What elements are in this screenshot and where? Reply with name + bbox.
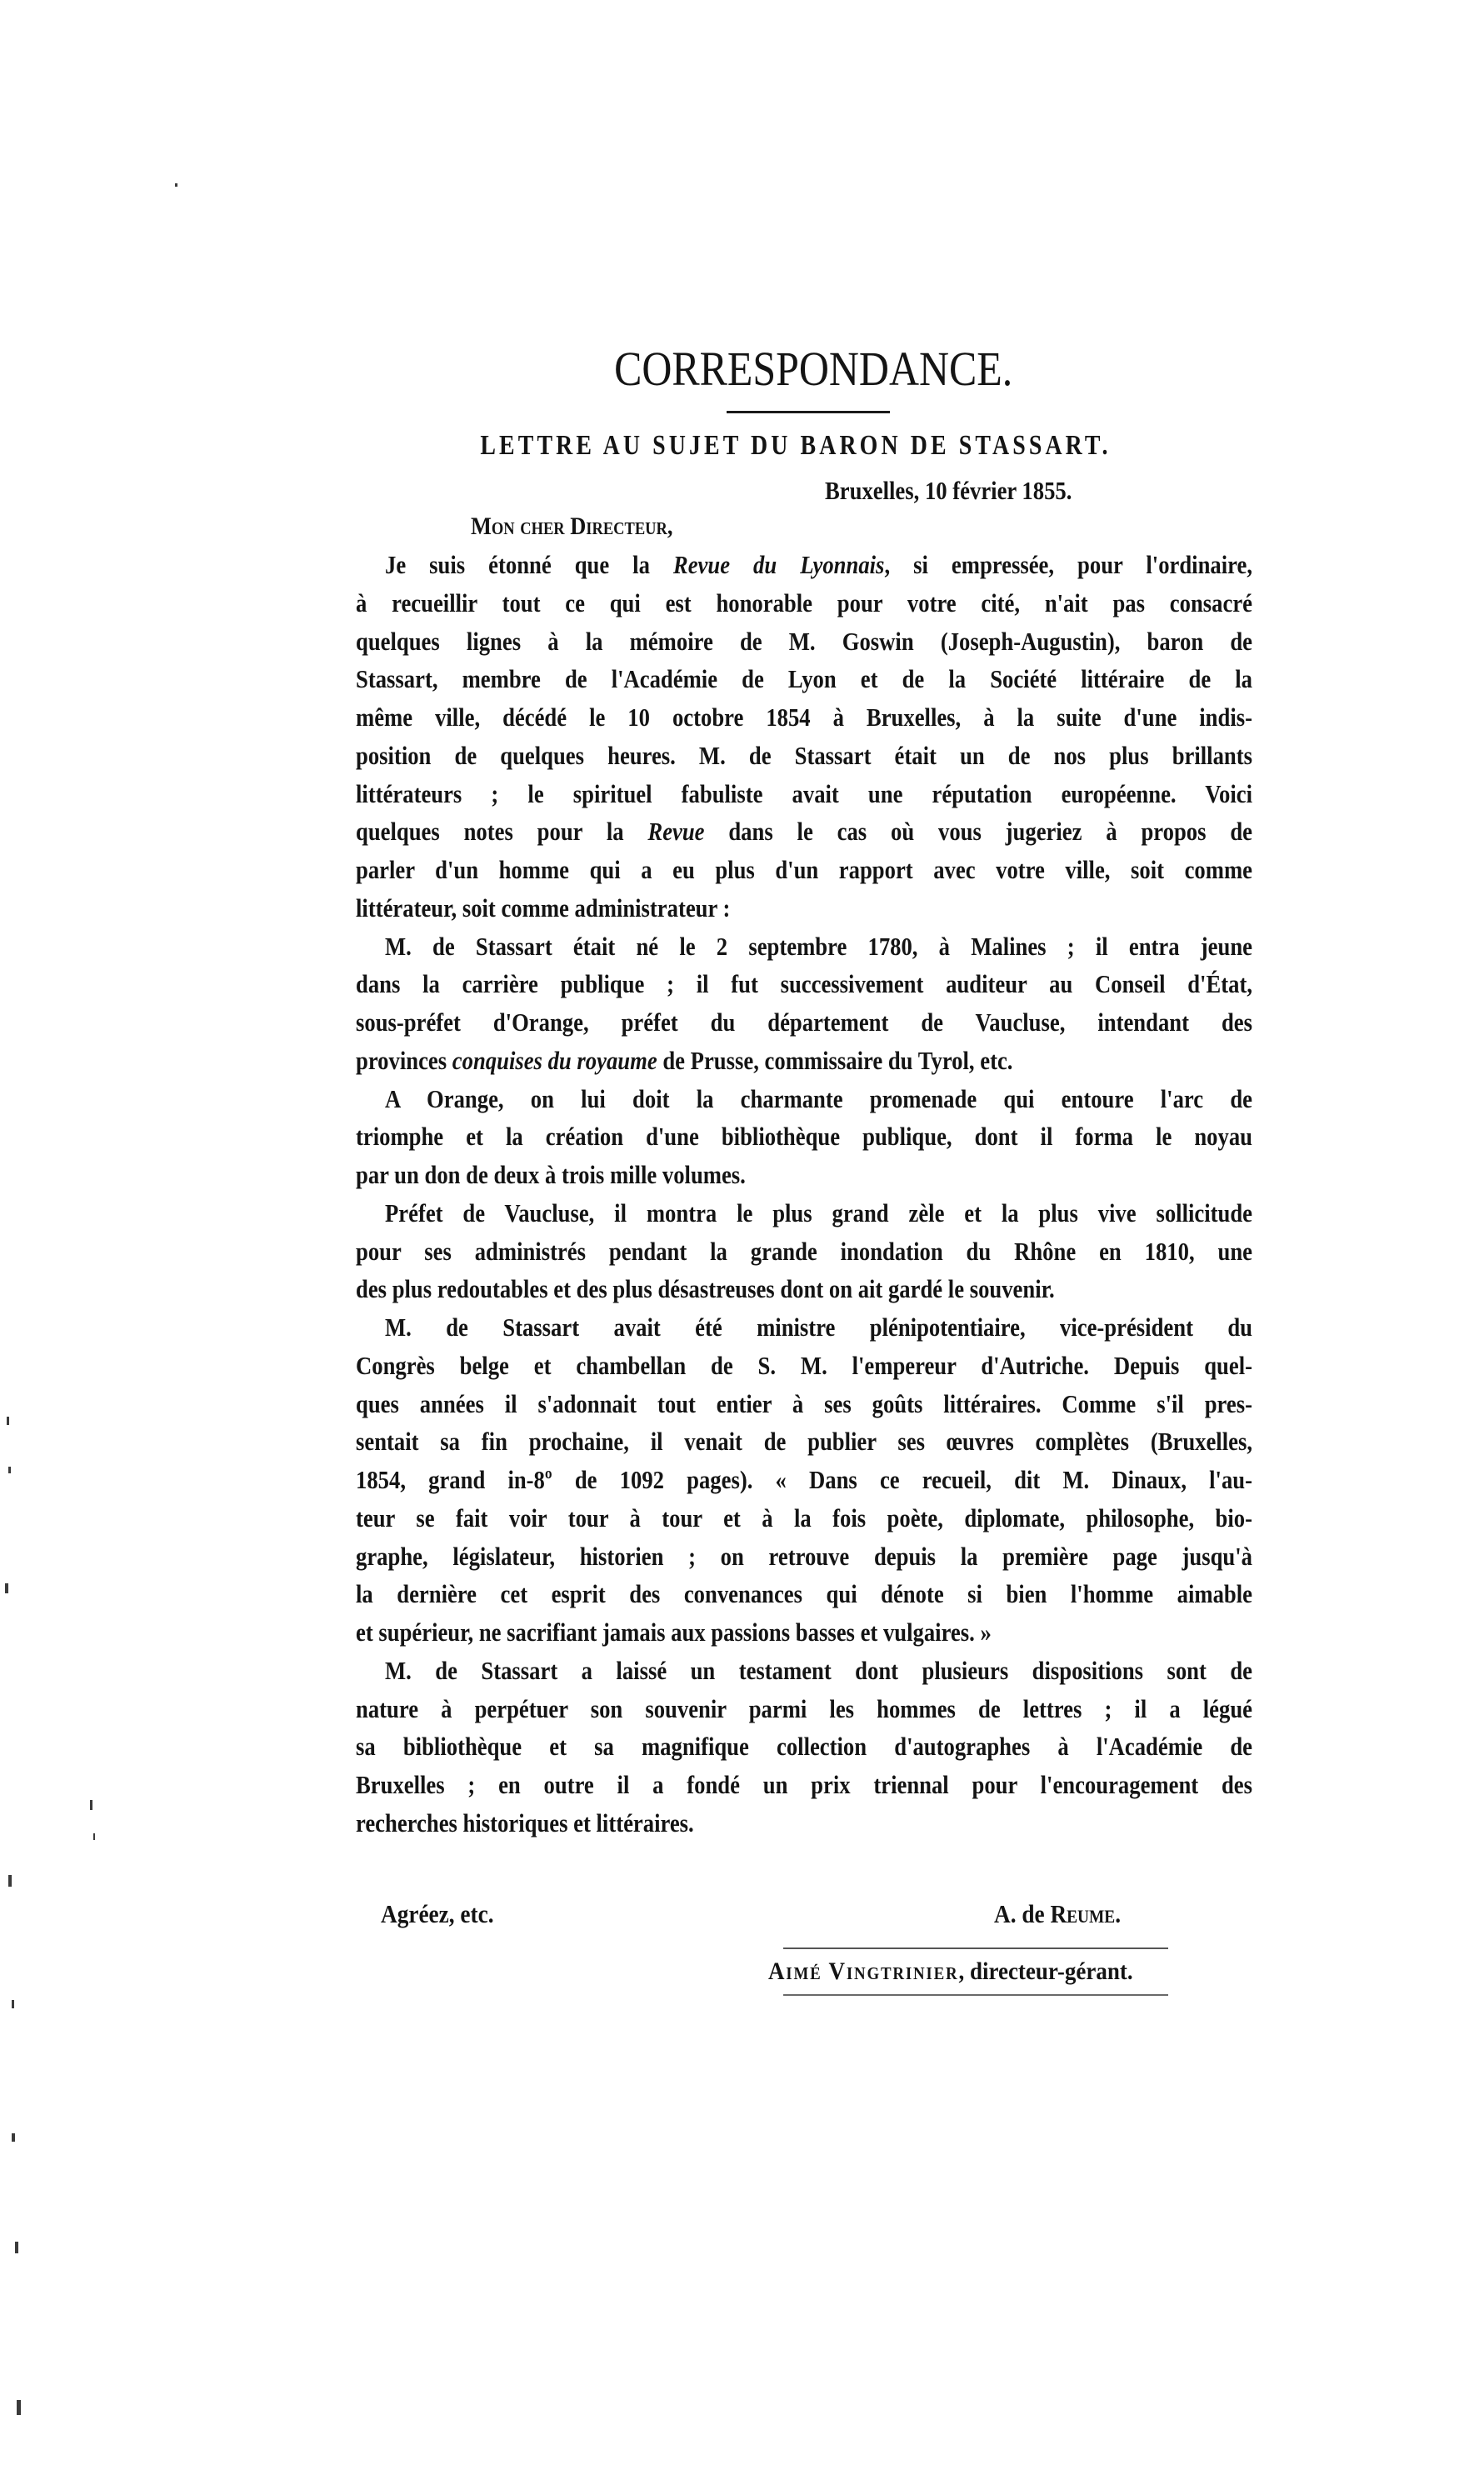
text-line: M. de Stassart était né le 2 septembre 1… <box>356 927 1252 966</box>
text-line: à recueillir tout ce qui est honorable p… <box>356 584 1252 622</box>
title-divider <box>727 411 890 413</box>
text-line: sentait sa fin prochaine, il venait de p… <box>356 1422 1252 1461</box>
signature-name: Reume <box>1050 1899 1115 1928</box>
text-line: recherches historiques et littéraires. <box>356 1804 1252 1842</box>
text-line: des plus redoutables et des plus désastr… <box>356 1270 1252 1308</box>
text-line: M. de Stassart avait été ministre plénip… <box>356 1308 1252 1347</box>
paragraph: M. de Stassart avait été ministre plénip… <box>356 1308 1252 1652</box>
footer-rule-top <box>783 1947 1168 1949</box>
text-line: même ville, décédé le 10 octobre 1854 à … <box>356 698 1252 737</box>
text-line: parler d'un homme qui a eu plus d'un rap… <box>356 851 1252 889</box>
publisher-name: Aimé Vingtrinier <box>768 1957 958 1985</box>
signature-suffix: . <box>1115 1899 1121 1928</box>
text-line: Préfet de Vaucluse, il montra le plus gr… <box>356 1194 1252 1232</box>
letter-body: Je suis étonné que la Revue du Lyonnais,… <box>356 546 1252 1842</box>
text-line: 1854, grand in-8º de 1092 pages). « Dans… <box>356 1461 1252 1499</box>
paragraph: Préfet de Vaucluse, il montra le plus gr… <box>356 1194 1252 1308</box>
text-line: quelques lignes à la mémoire de M. Goswi… <box>356 622 1252 661</box>
letter-signature: A. de Reume. <box>994 1897 1121 1931</box>
text-line: sous-préfet d'Orange, préfet du départem… <box>356 1003 1252 1042</box>
text-line: teur se fait voir tour à tour et à la fo… <box>356 1499 1252 1537</box>
page-title: CORRESPONDANCE. <box>614 340 994 398</box>
letter-dateline: Bruxelles, 10 février 1855. <box>825 475 1112 507</box>
letter-salutation: Mon cher Directeur, <box>471 511 672 542</box>
text-line: dans la carrière publique ; il fut succe… <box>356 965 1252 1003</box>
text-line: ques années il s'adonnait tout entier à … <box>356 1385 1252 1423</box>
paragraph: M. de Stassart a laissé un testament don… <box>356 1652 1252 1842</box>
text-line: M. de Stassart a laissé un testament don… <box>356 1652 1252 1690</box>
paragraph: A Orange, on lui doit la charmante prome… <box>356 1080 1252 1194</box>
text-line: provinces conquises du royaume de Prusse… <box>356 1042 1252 1080</box>
text-line: littérateurs ; le spirituel fabuliste av… <box>356 775 1252 813</box>
text-line: Congrès belge et chambellan de S. M. l'e… <box>356 1347 1252 1385</box>
text-line: triomphe et la création d'une bibliothèq… <box>356 1117 1252 1156</box>
footer-rule-bottom <box>783 1994 1168 1996</box>
text-line: Je suis étonné que la Revue du Lyonnais,… <box>356 546 1252 584</box>
text-line: sa bibliothèque et sa magnifique collect… <box>356 1727 1252 1766</box>
text-line: par un don de deux à trois mille volumes… <box>356 1156 1252 1194</box>
text-line: nature à perpétuer son souvenir parmi le… <box>356 1690 1252 1728</box>
publisher-role: , directeur-gérant. <box>958 1957 1132 1985</box>
document-page: CORRESPONDANCE. LETTRE AU SUJET DU BARON… <box>0 0 1484 2490</box>
publisher-footer: Aimé Vingtrinier, directeur-gérant. <box>768 1956 1133 1987</box>
text-line: position de quelques heures. M. de Stass… <box>356 737 1252 775</box>
text-line: la dernière cet esprit des convenances q… <box>356 1575 1252 1613</box>
letter-subtitle: LETTRE AU SUJET DU BARON DE STASSART. <box>472 429 1121 462</box>
text-line: Bruxelles ; en outre il a fondé un prix … <box>356 1766 1252 1804</box>
text-line: littérateur, soit comme administrateur : <box>356 889 1252 927</box>
paragraph: Je suis étonné que la Revue du Lyonnais,… <box>356 546 1252 927</box>
text-line: pour ses administrés pendant la grande i… <box>356 1232 1252 1271</box>
text-line: Stassart, membre de l'Académie de Lyon e… <box>356 660 1252 698</box>
signature-prefix: A. de <box>994 1899 1050 1928</box>
letter-closing: Agréez, etc. <box>381 1897 494 1931</box>
paragraph: M. de Stassart était né le 2 septembre 1… <box>356 927 1252 1080</box>
text-line: A Orange, on lui doit la charmante prome… <box>356 1080 1252 1118</box>
text-line: et supérieur, ne sacrifiant jamais aux p… <box>356 1613 1252 1652</box>
text-line: quelques notes pour la Revue dans le cas… <box>356 812 1252 851</box>
text-line: graphe, législateur, historien ; on retr… <box>356 1537 1252 1576</box>
